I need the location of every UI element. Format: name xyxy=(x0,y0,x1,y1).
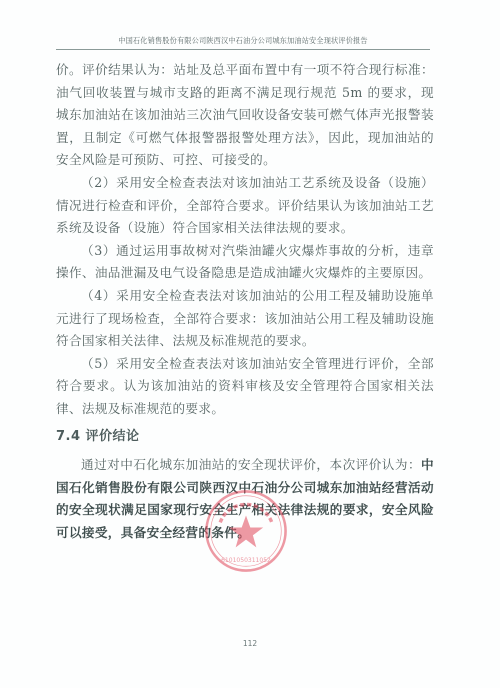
document-page: 中国石化销售股份有限公司陕西汉中石油分公司城东加油站安全现状评价报告 价。评价结… xyxy=(0,0,500,688)
section-heading-7-4: 7.4 评价结论 xyxy=(56,426,434,449)
seal-number: 6101050311052 xyxy=(221,557,271,564)
conclusion-intro: 通过对中石化城东加油站的安全现状评价，本次评价认为： xyxy=(81,457,421,472)
running-header: 中国石化销售股份有限公司陕西汉中石油分公司城东加油站安全现状评价报告 xyxy=(56,36,430,50)
page-number: 112 xyxy=(0,639,500,648)
paragraph-item-3: （3）通过运用事故树对汽柴油罐火灾爆炸事故的分析，违章操作、油品泄漏及电气设备隐… xyxy=(56,240,434,285)
paragraph-evaluation-result: 价。评价结果认为：站址及总平面布置中有一项不符合现行标准：油气回收装置与城市支路… xyxy=(56,59,434,172)
paragraph-item-4: （4）采用安全检查表法对该加油站的公用工程及辅助设施单元进行了现场检查，全部符合… xyxy=(56,285,434,353)
paragraph-item-2: （2）采用安全检查表法对该加油站工艺系统及设备（设施）情况进行检查和评价，全部符… xyxy=(56,172,434,240)
paragraph-conclusion: 通过对中石化城东加油站的安全现状评价，本次评价认为：中国石化销售股份有限公司陕西… xyxy=(56,454,434,544)
paragraph-item-5: （5）采用安全检查表法对该加油站安全管理进行评价，全部符合要求。认为该加油站的资… xyxy=(56,353,434,421)
document-body: 价。评价结果认为：站址及总平面布置中有一项不符合现行标准：油气回收装置与城市支路… xyxy=(56,59,434,544)
